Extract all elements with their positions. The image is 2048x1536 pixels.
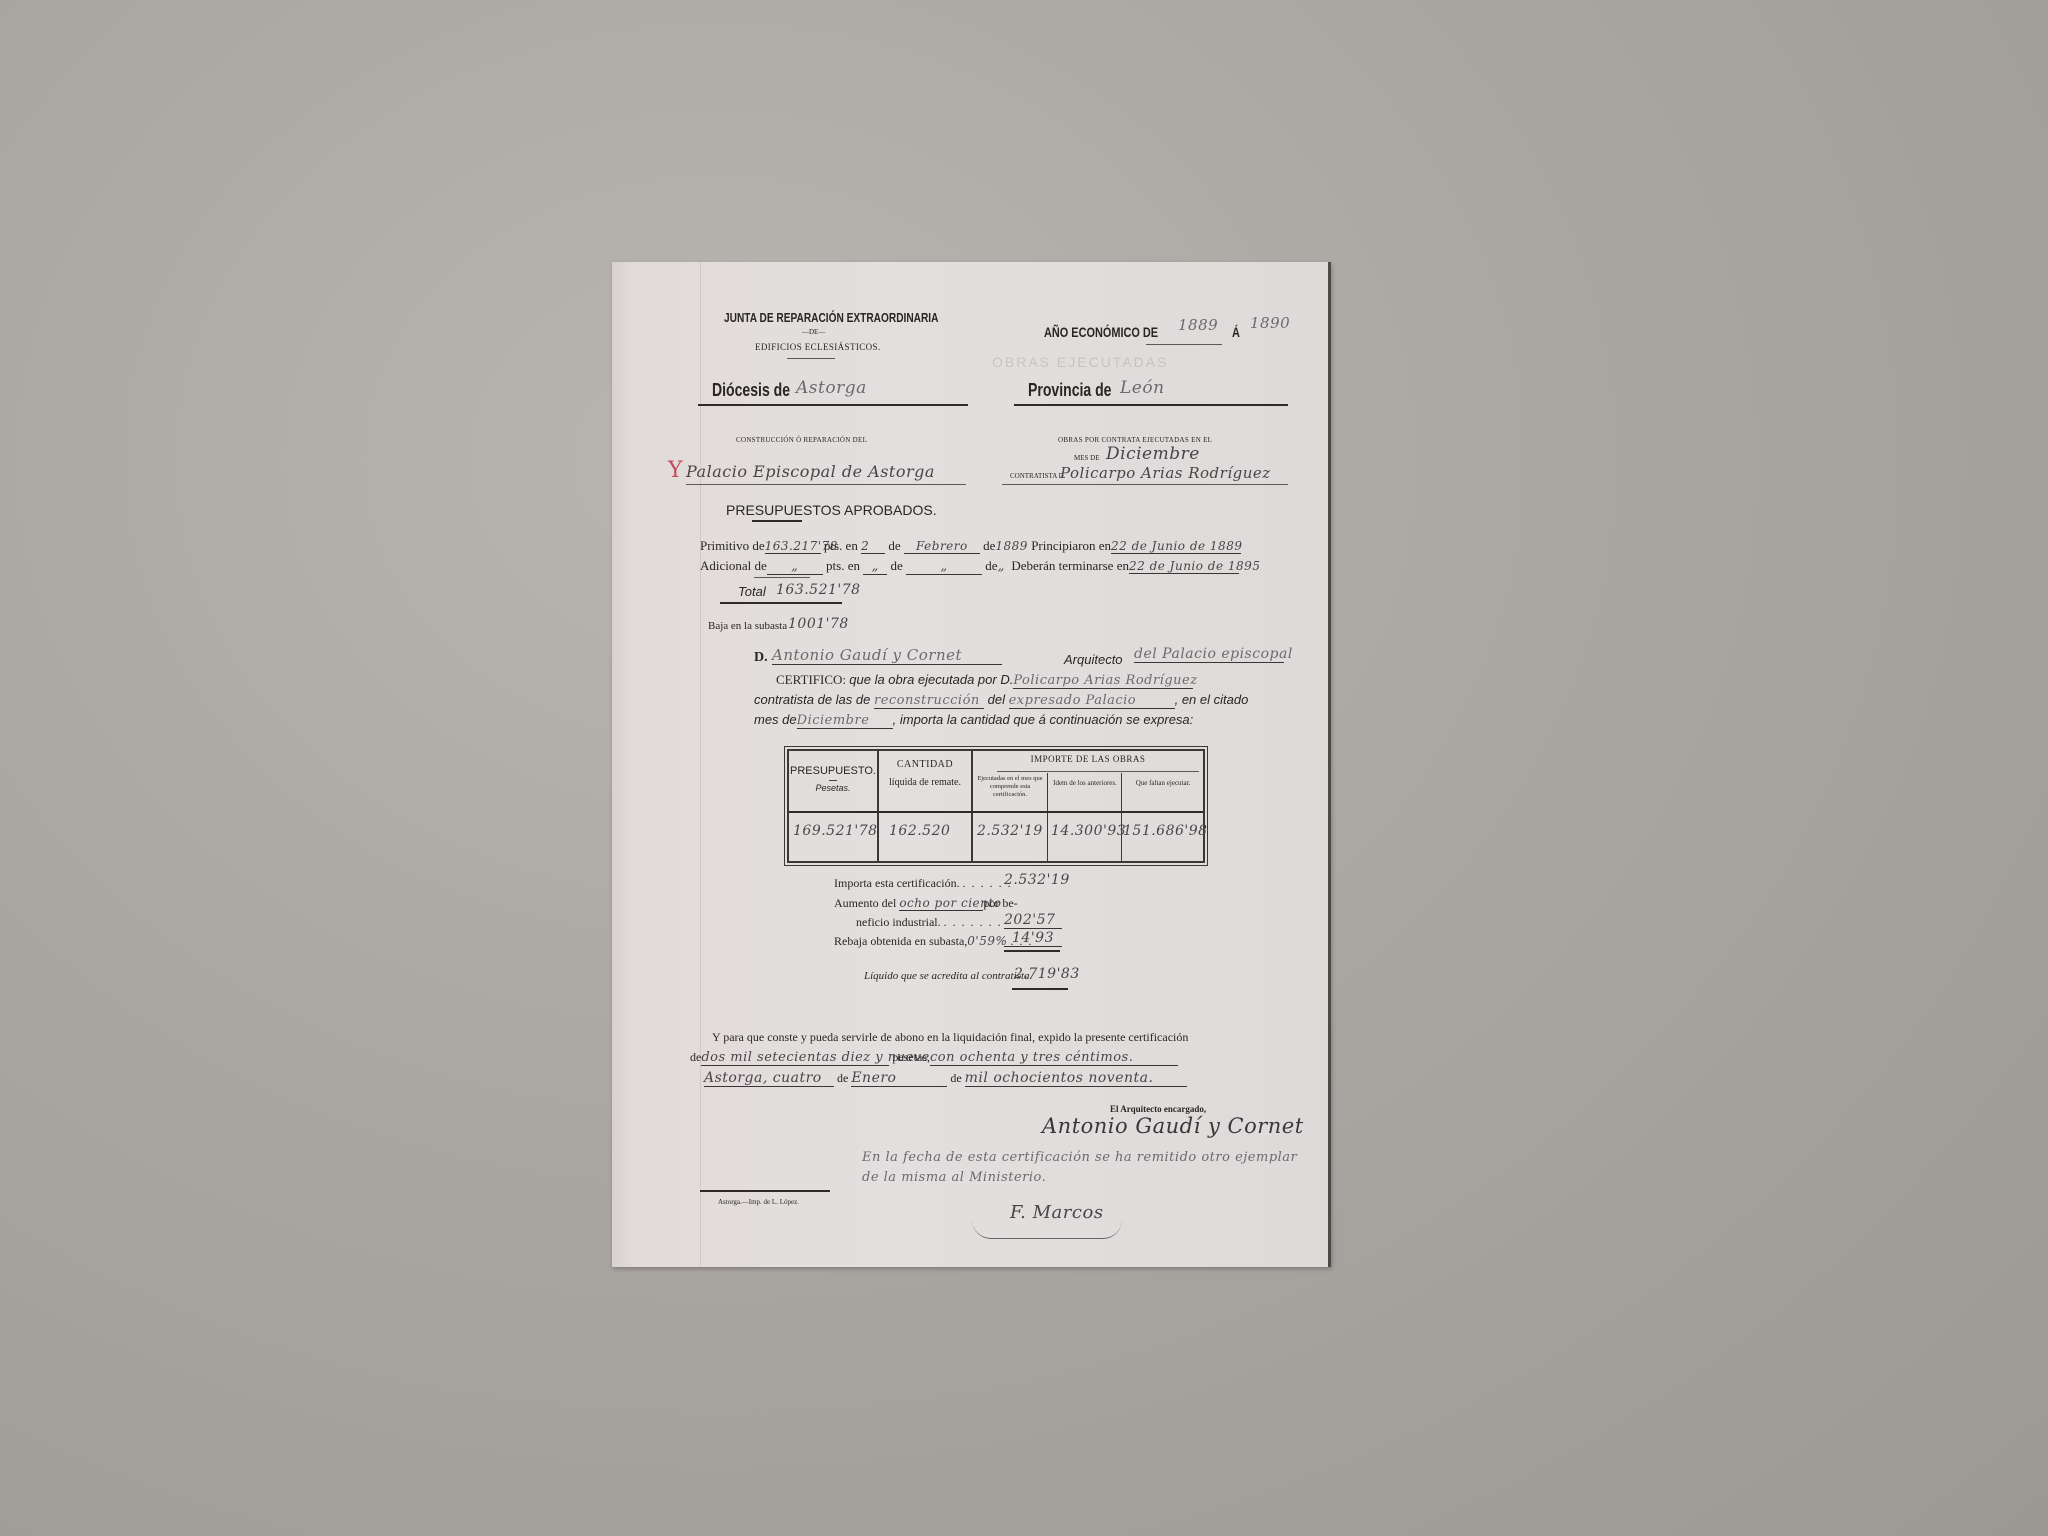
edificios-label: EDIFICIOS ECLESIÁSTICOS. [755, 342, 881, 352]
cell-faltan: 151.686'98 [1123, 823, 1208, 839]
adicional-value: „ [767, 559, 823, 575]
cents-words: con ochenta y tres céntimos. [930, 1050, 1178, 1066]
signature-flourish [972, 1220, 1122, 1239]
printer-imprint: Astorga.—Imp. de L. López. [718, 1198, 799, 1206]
sum-line [754, 577, 810, 578]
adicional-ano: „ [998, 559, 1005, 574]
col-anteriores: Idem de los anteriores. [1049, 779, 1121, 787]
cell-anteriores: 14.300'93 [1051, 823, 1126, 839]
cell-ejecutadas: 2.532'19 [977, 823, 1043, 839]
rebaja-pct: 0'59% [967, 934, 1007, 948]
total-label: Total [738, 584, 766, 599]
de-label: de [891, 558, 903, 573]
presupuestos-title: PRESUPUESTOS APROBADOS. [726, 502, 937, 518]
group-header: IMPORTE DE LAS OBRAS [973, 754, 1203, 765]
provincia-value: León [1120, 378, 1165, 398]
terminarse-label: Deberán terminarse en [1011, 558, 1129, 573]
contratista-de-las-de: contratista de las de [754, 692, 870, 707]
principiaron-label: Principiaron en [1031, 538, 1111, 553]
ano-sep: Á [1232, 324, 1240, 340]
adicional-dia: „ [863, 559, 887, 575]
closing-line-3: Astorga, cuatro de Enero de mil ochocien… [704, 1070, 1187, 1087]
certifico-line: CERTIFICO: que la obra ejecutada por D.P… [776, 672, 1193, 689]
cell-presupuesto: 169.521'78 [793, 823, 878, 839]
aumento-value: 202'57 [1004, 912, 1062, 929]
mes-value: Diciembre [1106, 444, 1200, 464]
mes-de-label: mes de [754, 712, 797, 727]
ano-from: 1889 [1178, 316, 1218, 334]
baja-value: 1001'78 [788, 616, 849, 632]
col-cantidad: CANTIDAD líquida de remate. [879, 759, 971, 789]
primitivo-label: Primitivo de [700, 538, 765, 553]
en-el-citado: , en el citado [1175, 692, 1249, 707]
principiaron-value: 22 de Junio de 1889 [1111, 539, 1241, 554]
certificacion-contratista: Policarpo Arias Rodríguez [1013, 673, 1193, 689]
adicional-mes: „ [906, 559, 982, 575]
ministry-note: En la fecha de esta certificación se ha … [862, 1148, 1302, 1188]
total-value: 163.521'78 [776, 582, 861, 598]
construccion-value: Palacio Episcopal de Astorga [686, 462, 935, 481]
year-words: mil ochocientos noventa. [965, 1070, 1187, 1087]
primitivo-row: Primitivo de163.217'78 pts. en 2 de Febr… [700, 538, 1241, 554]
arquitecto-of: del Palacio episcopal [1134, 646, 1284, 663]
contratista-rule [1002, 484, 1288, 485]
aumento-label: Aumento del [834, 896, 896, 910]
de-label: de [985, 558, 997, 573]
divider [787, 358, 835, 359]
closing-line-2: dedos mil setecientas diez y nueve peset… [690, 1050, 1178, 1066]
gaudi-signature: Antonio Gaudí y Cornet [1042, 1114, 1304, 1138]
importa-value: 2.532'19 [1004, 872, 1070, 888]
certifico-label: CERTIFICO: [776, 672, 846, 687]
faint-background-text: OBRAS EJECUTADAS [992, 354, 1168, 370]
diocesis-value: Astorga [796, 378, 867, 398]
col-faltan: Que faltan ejecutar. [1123, 779, 1203, 787]
de-label: de [983, 538, 995, 553]
importa-row: Importa esta certificación. ...... [834, 876, 1017, 891]
primitivo-ano: 1889 [995, 539, 1028, 553]
primitivo-value: 163.217'78 [765, 539, 821, 554]
cell-cantidad: 162.520 [889, 823, 950, 839]
month: Enero [851, 1070, 947, 1087]
arquitecto-name: Antonio Gaudí y Cornet [772, 646, 1002, 665]
col-ejecutadas: Ejecutadas en el mes que comprende esta … [973, 775, 1047, 798]
diocesis-label: Diócesis de [712, 380, 790, 401]
mes-label: MES DE [1074, 454, 1099, 462]
closing-line-1: Y para que conste y pueda servirle de ab… [712, 1030, 1188, 1045]
d-label: D. [754, 650, 768, 666]
construccion-rule [686, 484, 966, 485]
objeto-obra: expresado Palacio [1009, 693, 1175, 709]
tipo-obra: reconstrucción [874, 693, 984, 709]
del-label: del [988, 692, 1005, 707]
col-presupuesto: PRESUPUESTO. Pesetas. [789, 765, 877, 794]
aumento-row: Aumento del ocho por cientopor be- [834, 896, 1018, 911]
beneficio-label: neficio industrial. [856, 915, 941, 929]
baja-label: Baja en la subasta [708, 620, 787, 632]
beneficio-row: neficio industrial. ....... [856, 915, 1007, 930]
junta-title: JUNTA DE REPARACIÓN EXTRAORDINARIA [724, 310, 938, 325]
certificacion-mes: Diciembre [797, 713, 893, 729]
arquitecto-encargado: El Arquitecto encargado, [1110, 1104, 1206, 1114]
amount-words: dos mil setecientas diez y nueve [701, 1050, 889, 1066]
contratista-line: contratista de las de reconstrucción del… [754, 692, 1248, 709]
terminarse-value: 22 de Junio de 1895 [1129, 559, 1239, 574]
obras-label: OBRAS POR CONTRATA EJECUTADAS EN EL [1058, 436, 1212, 444]
place-date: Astorga, cuatro [704, 1070, 834, 1087]
contratista-value: Policarpo Arias Rodríguez [1060, 464, 1271, 482]
importa-label: Importa esta certificación. [834, 876, 960, 890]
diocesis-rule [698, 404, 968, 406]
provincia-label: Provincia de [1028, 380, 1111, 401]
importe-table: PRESUPUESTO. Pesetas. CANTIDAD líquida d… [787, 749, 1205, 863]
pts-en-label: pts. en [826, 558, 860, 573]
ornament-divider [1146, 344, 1222, 345]
liquido-value: 2.719'83 [1014, 966, 1080, 982]
certificate-document: JUNTA DE REPARACIÓN EXTRAORDINARIA —DE— … [612, 262, 1331, 1267]
de-label: de [888, 538, 900, 553]
junta-de: —DE— [802, 328, 825, 336]
importa-text: , importa la cantidad que á continuación… [893, 712, 1194, 727]
adicional-row: Adicional de„ pts. en „ de „ de„ Deberán… [700, 558, 1239, 575]
certifico-text: que la obra ejecutada por D. [849, 672, 1013, 687]
title-underline [752, 520, 802, 522]
total-rule [720, 602, 842, 604]
adicional-label: Adicional de [700, 558, 767, 573]
pts-en-label: pts. en [824, 538, 858, 553]
construccion-label: CONSTRUCCIÓN Ó REPARACIÓN DEL [736, 436, 867, 444]
ano-to: 1890 [1250, 314, 1290, 332]
arquitecto-label: Arquitecto [1064, 652, 1123, 667]
rebaja-label: Rebaja obtenida en subasta, [834, 934, 967, 948]
primitivo-dia: 2 [861, 539, 885, 554]
aumento-pct: ocho por ciento [899, 896, 983, 911]
mes-line: mes deDiciembre, importa la cantidad que… [754, 712, 1193, 729]
ano-economico-label: AÑO ECONÓMICO DE [1044, 324, 1158, 340]
margin-check-mark: Y [668, 458, 683, 483]
provincia-rule [1014, 404, 1288, 406]
contratista-label: CONTRATISTA D. [1010, 472, 1065, 480]
liquido-label: Líquido que se acredita al contratista. [864, 970, 1032, 982]
primitivo-mes: Febrero [904, 539, 980, 554]
rebaja-value: 14'93 [1004, 930, 1062, 947]
